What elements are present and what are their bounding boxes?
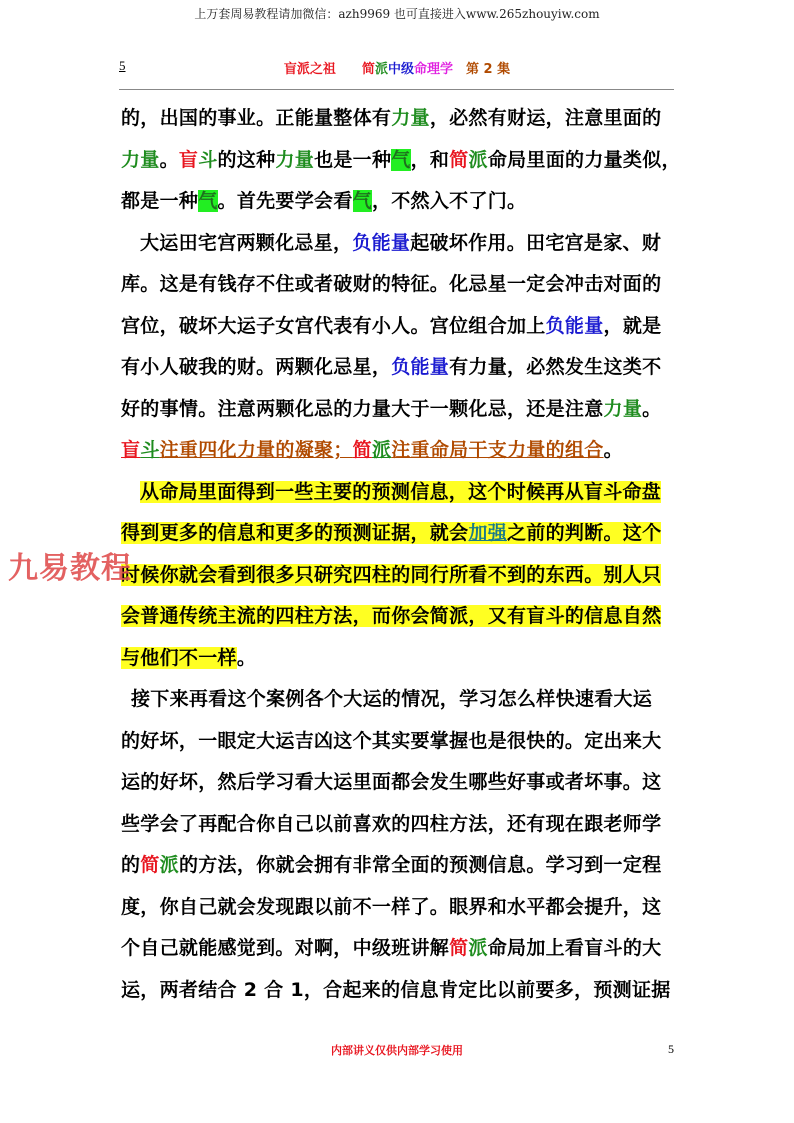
text-segment: ，就是	[604, 315, 662, 337]
text-segment: 注重四化力量的凝聚；	[160, 439, 353, 461]
text-segment: 的，出国的事业。正能量整体有	[121, 107, 391, 129]
header-title-part: 中级	[388, 62, 414, 77]
text-segment: 有力量，必然发生这类不	[449, 356, 661, 378]
text-segment: 。	[604, 439, 623, 461]
text-segment: 气	[198, 190, 217, 212]
text-segment: 的好坏，一眼定大运吉凶这个其实要掌握也是很快的。定出来大	[121, 730, 661, 752]
text-segment: 也是一种	[314, 149, 391, 171]
text-line: 大运田宅宫两颗化忌星，负能量起破坏作用。田宅宫是家、财	[121, 223, 676, 265]
text-segment: 力量	[121, 149, 160, 171]
text-segment: 时候你就会看到很多只研究四柱的同行所看不到的东西。别人只	[121, 564, 661, 586]
text-line: 盲斗注重四化力量的凝聚；简派注重命局干支力量的组合。	[121, 430, 676, 472]
header-title: 盲派之祖 简派中级命理学 第 2 集	[0, 58, 794, 77]
text-segment: 运，两者结合 2 合 1，合起来的信息肯定比以前要多，预测证据	[121, 979, 671, 1001]
text-segment: 简	[449, 937, 468, 959]
text-segment: 命局里面的力量类似，	[488, 149, 681, 171]
header-divider	[119, 89, 674, 90]
text-line: 的好坏，一眼定大运吉凶这个其实要掌握也是很快的。定出来大	[121, 721, 676, 763]
text-segment: 。	[237, 647, 256, 669]
text-line: 从命局里面得到一些主要的预测信息，这个时候再从盲斗命盘	[121, 472, 676, 514]
footer-note: 内部讲义仅供内部学习使用	[0, 1042, 794, 1058]
text-segment: 命局加上看盲斗的大	[488, 937, 662, 959]
text-segment: 与他们不一样	[121, 647, 237, 669]
text-segment: 的这种	[218, 149, 276, 171]
text-segment: 。首先要学会看	[218, 190, 353, 212]
text-segment: 派	[468, 937, 487, 959]
header-title-part	[336, 62, 362, 77]
text-line: 运的好坏，然后学习看大运里面都会发生哪些好事或者坏事。这	[121, 762, 676, 804]
text-segment: 的方法，你就会拥有非常全面的预测信息。学习到一定程	[179, 854, 662, 876]
text-line: 会普通传统主流的四柱方法，而你会简派，又有盲斗的信息自然	[121, 596, 676, 638]
text-segment: 有小人破我的财。两颗化忌星，	[121, 356, 391, 378]
text-segment: 。	[642, 398, 661, 420]
text-segment: 气	[353, 190, 372, 212]
text-segment: 得到更多的信息和更多的预测证据，就会	[121, 522, 468, 544]
text-line: 都是一种气。首先要学会看气，不然入不了门。	[121, 181, 676, 223]
text-segment: 负能量	[391, 356, 449, 378]
text-line: 时候你就会看到很多只研究四柱的同行所看不到的东西。别人只	[121, 555, 676, 597]
text-segment: 简	[449, 149, 468, 171]
text-segment: 负能量	[352, 232, 410, 254]
text-segment: 从命局里面得到一些主要的预测信息，这个时候再从盲斗命盘	[140, 481, 661, 503]
text-segment: 接下来再看这个案例各个大运的情况，学习怎么样快速看大运	[131, 688, 652, 710]
text-segment: 库。这是有钱存不住或者破财的特征。化忌星一定会冲击对面的	[121, 273, 661, 295]
text-line: 度，你自己就会发现跟以前不一样了。眼界和水平都会提升，这	[121, 887, 676, 929]
text-segment: 运的好坏，然后学习看大运里面都会发生哪些好事或者坏事。这	[121, 771, 661, 793]
header-title-part: 简	[362, 62, 375, 77]
text-segment: 起破坏作用。田宅宫是家、财	[410, 232, 661, 254]
text-segment: 的	[121, 854, 140, 876]
header-title-part: 派	[375, 62, 388, 77]
text-segment: 斗	[140, 439, 159, 461]
text-segment: 度，你自己就会发现跟以前不一样了。眼界和水平都会提升，这	[121, 896, 661, 918]
text-line: 个自己就能感觉到。对啊，中级班讲解简派命局加上看盲斗的大	[121, 928, 676, 970]
text-segment: 盲	[179, 149, 198, 171]
text-segment: 简	[140, 854, 159, 876]
text-segment: 盲	[121, 439, 140, 461]
text-line: 宫位，破坏大运子女宫代表有小人。宫位组合加上负能量，就是	[121, 306, 676, 348]
text-line: 的简派的方法，你就会拥有非常全面的预测信息。学习到一定程	[121, 845, 676, 887]
text-segment: 负能量	[546, 315, 604, 337]
text-segment: 派	[160, 854, 179, 876]
text-segment: 都是一种	[121, 190, 198, 212]
text-segment: 力量	[604, 398, 643, 420]
text-segment: 。	[160, 149, 179, 171]
text-segment: 大运田宅宫两颗化忌星，	[140, 232, 352, 254]
watermark-logo: 九易教程	[8, 543, 132, 587]
text-segment: 会普通传统主流的四柱方法，而你会简派，又有盲斗的信息自然	[121, 605, 661, 627]
text-segment: 力量	[275, 149, 314, 171]
text-segment: 派	[469, 149, 488, 171]
text-segment: 简	[353, 439, 372, 461]
text-segment: ，必然有财运，注意里面的	[430, 107, 662, 129]
text-segment: ，不然入不了门。	[372, 190, 526, 212]
text-segment: 之前的判断。这个	[507, 522, 661, 544]
header-title-part: 命理学	[414, 62, 453, 77]
text-segment: 注重命局干支力量的组合	[391, 439, 603, 461]
text-link[interactable]: 加强	[468, 522, 507, 544]
text-segment: 派	[372, 439, 391, 461]
text-line: 的，出国的事业。正能量整体有力量，必然有财运，注意里面的	[121, 98, 676, 140]
header-title-part: 盲派之祖	[284, 62, 336, 77]
text-line: 接下来再看这个案例各个大运的情况，学习怎么样快速看大运	[121, 679, 676, 721]
document-body: 的，出国的事业。正能量整体有力量，必然有财运，注意里面的力量。盲斗的这种力量也是…	[121, 98, 676, 1011]
text-segment: 些学会了再配合你自己以前喜欢的四柱方法，还有现在跟老师学	[121, 813, 661, 835]
text-segment: 好的事情。注意两颗化忌的力量大于一颗化忌，还是注意	[121, 398, 604, 420]
text-line: 得到更多的信息和更多的预测证据，就会加强之前的判断。这个	[121, 513, 676, 555]
text-line: 有小人破我的财。两颗化忌星，负能量有力量，必然发生这类不	[121, 347, 676, 389]
text-line: 与他们不一样。	[121, 638, 676, 680]
text-segment: 斗	[198, 149, 217, 171]
text-segment: 个自己就能感觉到。对啊，中级班讲解	[121, 937, 449, 959]
text-segment: 气	[391, 149, 410, 171]
text-segment: ，和	[411, 149, 450, 171]
header-title-part: 第 2 集	[453, 62, 510, 77]
footer-page-number: 5	[668, 1042, 674, 1057]
top-promo-note: 上万套周易教程请加微信：azh9969 也可直接进入www.265zhouyiw…	[0, 5, 794, 22]
text-segment: 力量	[391, 107, 430, 129]
text-line: 些学会了再配合你自己以前喜欢的四柱方法，还有现在跟老师学	[121, 804, 676, 846]
text-line: 力量。盲斗的这种力量也是一种气，和简派命局里面的力量类似，	[121, 140, 676, 182]
text-line: 运，两者结合 2 合 1，合起来的信息肯定比以前要多，预测证据	[121, 970, 676, 1012]
text-line: 好的事情。注意两颗化忌的力量大于一颗化忌，还是注意力量。	[121, 389, 676, 431]
text-segment: 宫位，破坏大运子女宫代表有小人。宫位组合加上	[121, 315, 546, 337]
text-line: 库。这是有钱存不住或者破财的特征。化忌星一定会冲击对面的	[121, 264, 676, 306]
